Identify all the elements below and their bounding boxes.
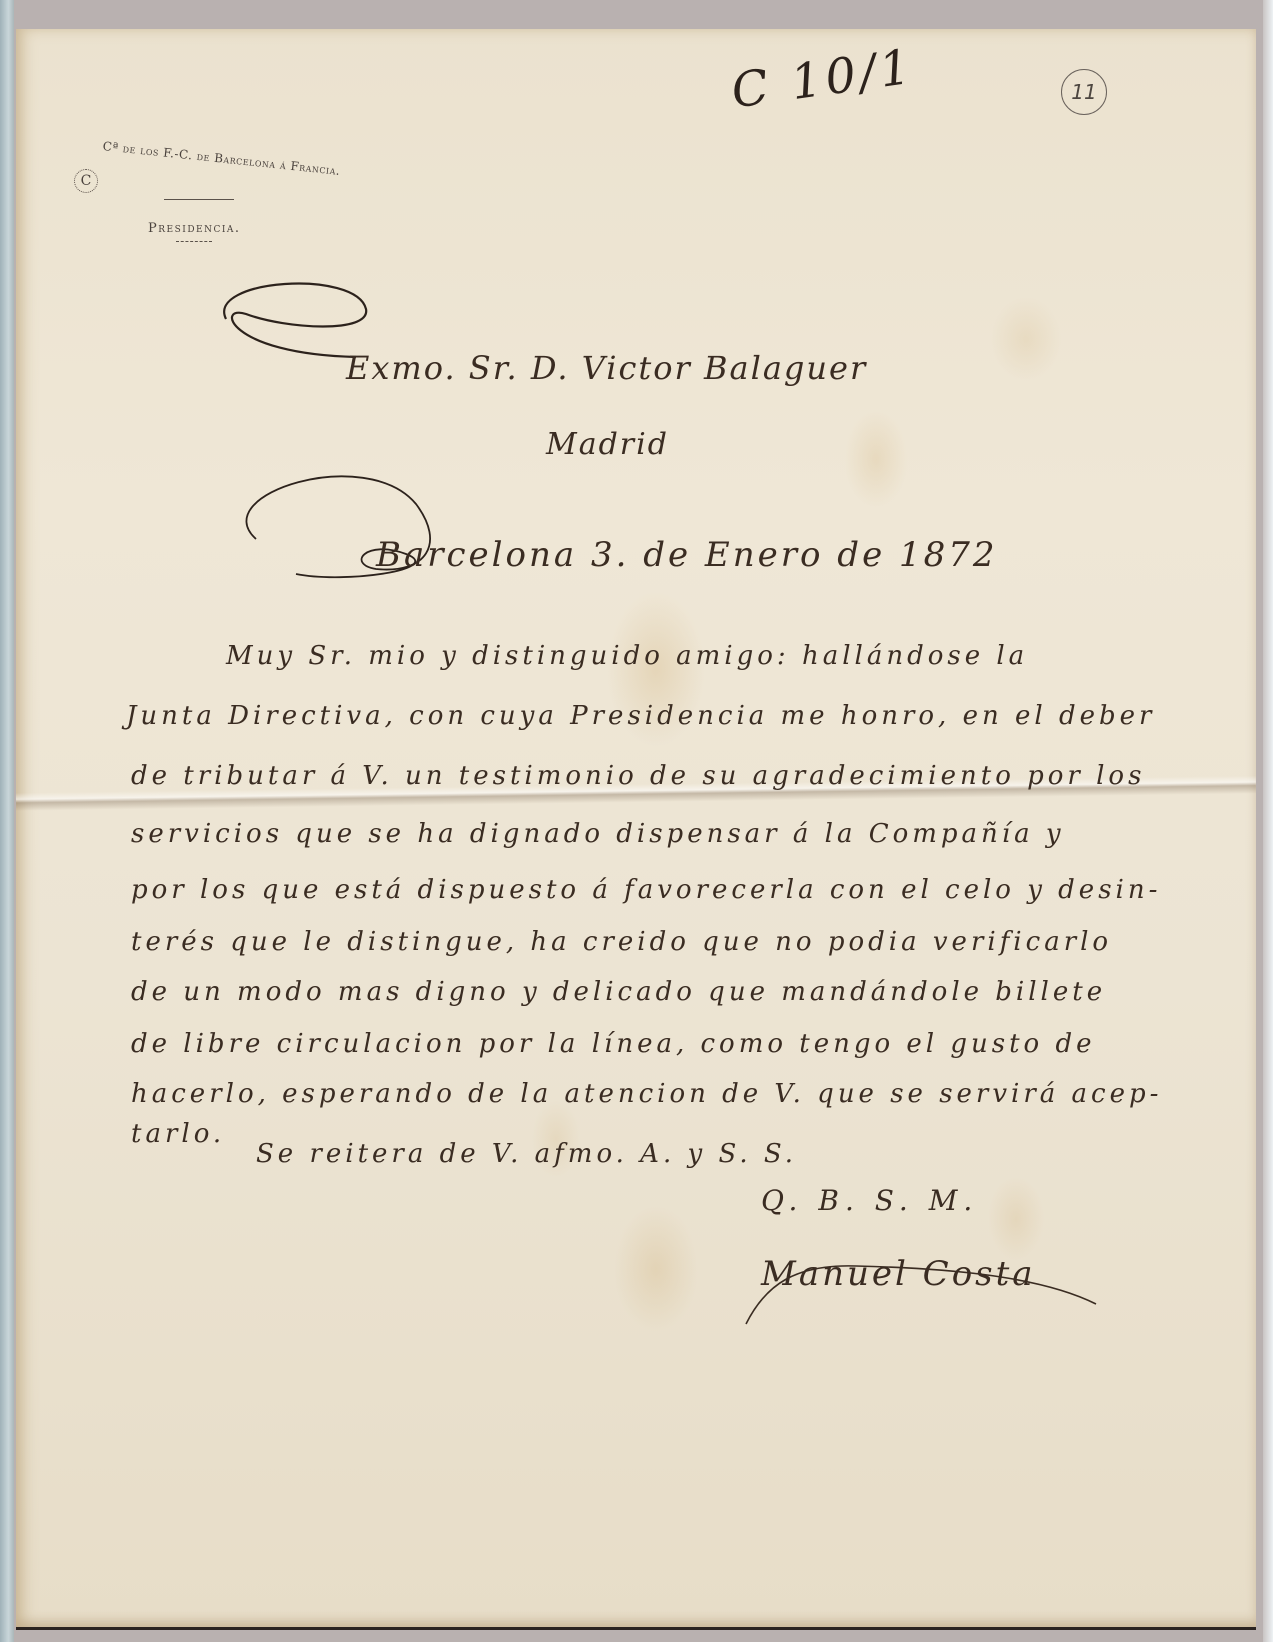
letterhead-divider — [164, 199, 234, 200]
recipient-address: Exmo. Sr. D. Victor Balaguer — [346, 349, 867, 387]
closing-formula: Se reitera de V. afmo. A. y S. S. — [256, 1139, 797, 1169]
archive-reference-mark: C 10/1 — [728, 38, 918, 119]
scanner-edge-right — [1263, 0, 1273, 1642]
body-line: tarlo. — [131, 1119, 225, 1149]
letterhead-company: Cª de los F.-C. de Barcelona á Francia. — [102, 139, 382, 182]
letter-sheet: C Cª de los F.-C. de Barcelona á Francia… — [16, 29, 1256, 1630]
date-line: Barcelona 3. de Enero de 1872 — [376, 535, 998, 575]
body-line: Junta Directiva, con cuya Presidencia me… — [126, 701, 1155, 731]
body-line: hacerlo, esperando de la atencion de V. … — [131, 1079, 1162, 1109]
body-line: terés que le distingue, ha creido que no… — [131, 927, 1112, 957]
recipient-city: Madrid — [546, 427, 669, 462]
body-line: por los que está dispuesto á favorecerla… — [131, 875, 1161, 905]
scanner-edge-left — [0, 0, 14, 1642]
body-line: de tributar á V. un testimonio de su agr… — [131, 761, 1145, 791]
company-emblem-icon: C — [74, 169, 98, 193]
letterhead-department: Presidencia. — [148, 221, 241, 236]
body-line: de un modo mas digno y delicado que mand… — [131, 977, 1106, 1007]
circled-page-number: 11 — [1061, 69, 1107, 115]
valediction: Q. B. S. M. — [761, 1184, 978, 1217]
body-line: Muy Sr. mio y distinguido amigo: hallánd… — [226, 641, 1028, 671]
body-line: servicios que se ha dignado dispensar á … — [131, 819, 1065, 849]
signature-flourish-icon — [736, 1254, 1136, 1334]
letterhead: C Cª de los F.-C. de Barcelona á Francia… — [56, 99, 346, 239]
body-line: de libre circulacion por la línea, como … — [131, 1029, 1096, 1059]
letterhead-ornament — [176, 241, 212, 242]
